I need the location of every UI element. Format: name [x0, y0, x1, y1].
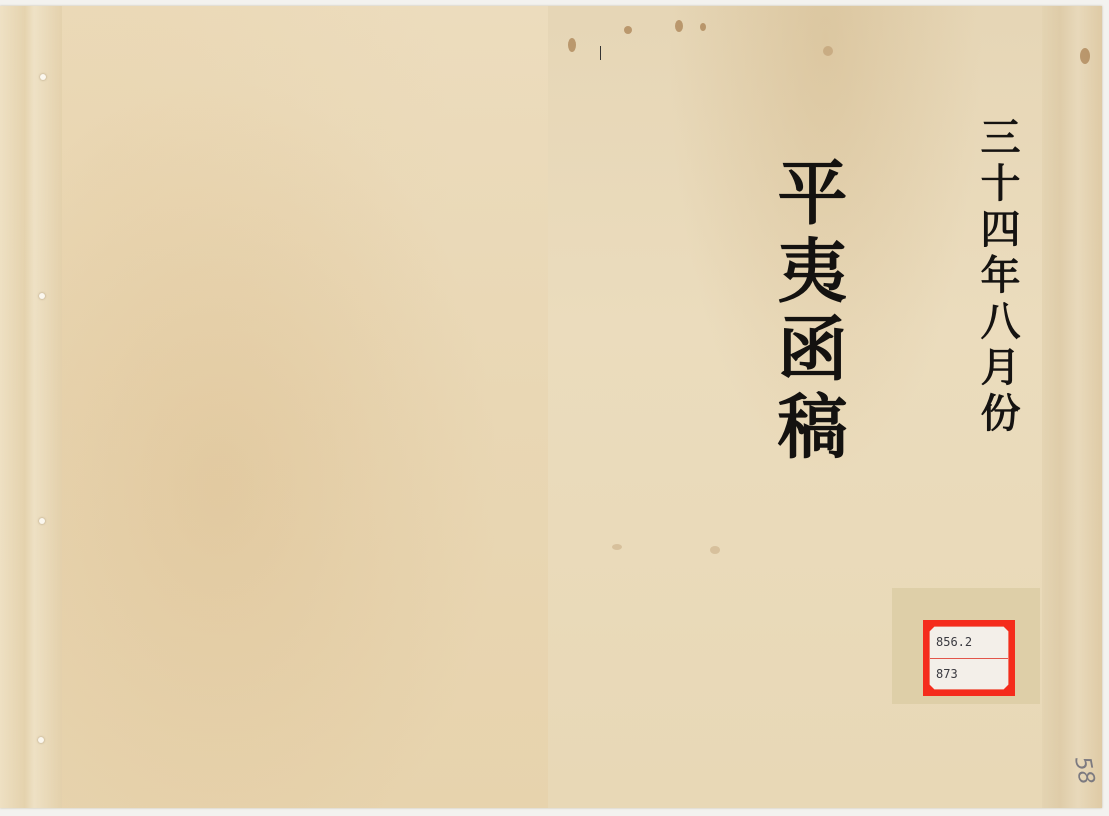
- stain: [1080, 48, 1090, 64]
- stitch-hole: [40, 74, 46, 80]
- call-number-item: 873: [930, 659, 1008, 690]
- pencil-page-number: 58: [1069, 755, 1098, 787]
- date-annotation: 三十四年八月份: [962, 116, 1022, 438]
- library-call-number-label: 856.2 873: [923, 620, 1015, 696]
- label-inner: 856.2 873: [929, 626, 1009, 690]
- call-number-class: 856.2: [930, 627, 1008, 659]
- stitch-hole: [39, 518, 45, 524]
- stain: [823, 46, 833, 56]
- stain: [700, 23, 706, 31]
- stain: [612, 544, 622, 550]
- stitch-hole: [38, 737, 44, 743]
- stitch-hole: [39, 293, 45, 299]
- document-title: 平夷函稿: [760, 156, 860, 468]
- right-binding-strip: [1042, 6, 1102, 808]
- stain: [624, 26, 632, 34]
- left-page-blank: [0, 6, 548, 808]
- left-binding-strip: [0, 6, 62, 808]
- stain: [568, 38, 576, 52]
- stain: [675, 20, 683, 32]
- ink-mark: [600, 46, 601, 60]
- scanned-spread: 平夷函稿 三十四年八月份 856.2 873 58: [0, 6, 1102, 808]
- stain: [710, 546, 720, 554]
